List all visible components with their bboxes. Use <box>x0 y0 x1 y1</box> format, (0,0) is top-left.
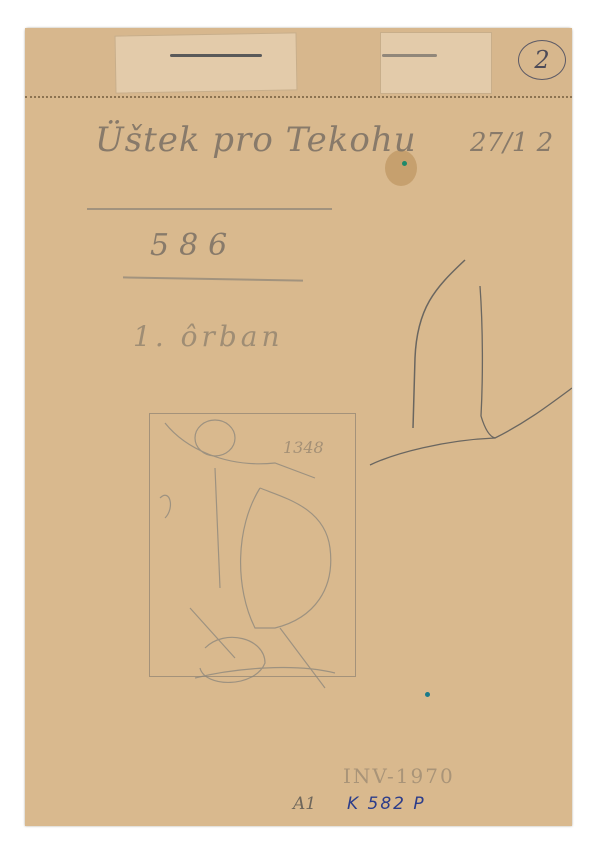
inventory-stamp: INV-1970 <box>343 764 455 788</box>
catalog-number: K 582 P <box>347 794 426 814</box>
pencil-mark: A1 <box>293 794 316 814</box>
blue-dot <box>425 692 430 697</box>
sketch-label: 1348 <box>283 438 324 457</box>
paper-sheet: 2 Üštek pro Tekohu 27/1 2 586 1. ôrban <box>25 28 572 826</box>
